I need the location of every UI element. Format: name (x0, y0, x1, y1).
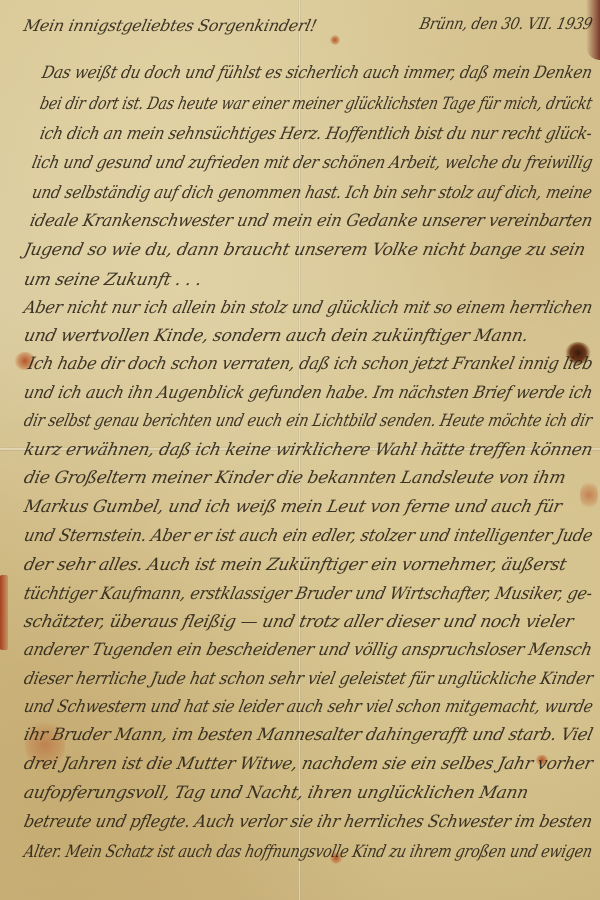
letter-line: Aber nicht nur ich allein bin stolz und … (22, 298, 594, 318)
letter-paper: Mein innigstgeliebtes Sorgenkinderl! Brü… (0, 0, 600, 900)
letter-line: Das weißt du doch und fühlst es sicherli… (40, 63, 594, 83)
letter-line: tüchtiger Kaufmann, erstklassiger Bruder… (22, 584, 594, 604)
letter-line: und wertvollen Kinde, sondern auch dein … (22, 326, 530, 346)
letter-line: kurz erwähnen, daß ich keine wirklichere… (22, 440, 594, 460)
letter-line: betreute und pflegte. Auch verlor sie ih… (22, 812, 594, 832)
letter-line: dir selbst genau berichten und euch ein … (22, 411, 594, 431)
letter-line: und ich auch ihn Augenblick gefunden hab… (22, 383, 594, 403)
place-date: Brünn, den 30. VII. 1939 (418, 14, 594, 33)
letter-line: Alter. Mein Schatz ist auch das hoffnung… (22, 842, 594, 862)
letter-line: und Sternstein. Aber er ist auch ein edl… (22, 526, 594, 546)
letter-line: drei Jahren ist die Mutter Witwe, nachde… (22, 754, 594, 774)
letter-line: der sehr alles. Auch ist mein Zukünftige… (22, 555, 568, 575)
letter-line: Ich habe dir doch schon verraten, daß ic… (26, 354, 594, 374)
letter-line: ihr Bruder Mann, im besten Mannesalter d… (22, 725, 594, 745)
letter-body: Mein innigstgeliebtes Sorgenkinderl! Brü… (0, 0, 600, 900)
letter-line: Jugend so wie du, dann braucht unserem V… (22, 240, 587, 260)
letter-line: ich dich an mein sehnsüchtiges Herz. Hof… (38, 124, 594, 144)
letter-line: dieser herrliche Jude hat schon sehr vie… (22, 669, 595, 689)
letter-line: ideale Krankenschwester und mein ein Ged… (28, 211, 594, 231)
letter-line: um seine Zukunft . . . (22, 270, 203, 290)
letter-line: die Großeltern meiner Kinder die bekannt… (22, 468, 567, 488)
letter-line: bei dir dort ist. Das heute war einer me… (38, 94, 594, 114)
letter-line: und selbständig auf dich genommen hast. … (30, 183, 594, 203)
letter-line: und Schwestern und hat sie leider auch s… (22, 697, 595, 717)
letter-line: Markus Gumbel, und ich weiß mein Leut vo… (22, 497, 564, 517)
letter-line: lich und gesund und zufrieden mit der sc… (30, 153, 594, 173)
letter-line: aufopferungsvoll, Tag und Nacht, ihren u… (22, 783, 530, 803)
salutation: Mein innigstgeliebtes Sorgenkinderl! (22, 16, 318, 35)
letter-line: schätzter, überaus fleißig — und trotz a… (22, 612, 575, 632)
letter-line: anderer Tugenden ein bescheidener und vö… (22, 640, 594, 660)
